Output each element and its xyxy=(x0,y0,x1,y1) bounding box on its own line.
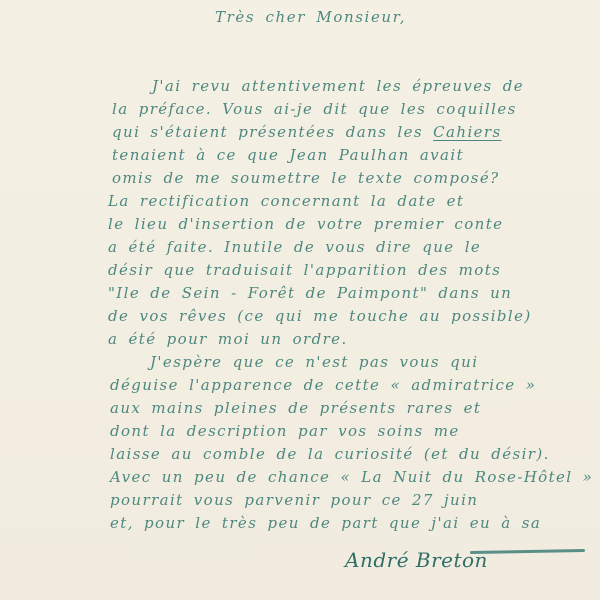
letter-line: qui s'étaient présentées dans les Cahier… xyxy=(112,123,502,141)
letter-line: pourrait vous parvenir pour ce 27 juin xyxy=(110,491,478,509)
letter-line: aux mains pleines de présents rares et xyxy=(110,399,481,417)
letter-line: tenaient à ce que Jean Paulhan avait xyxy=(112,146,464,164)
letter-line: le lieu d'insertion de votre premier con… xyxy=(108,215,503,233)
letter-line: la préface. Vous ai-je dit que les coqui… xyxy=(112,100,517,118)
cahiers-underlined-word: Cahiers xyxy=(433,123,501,141)
letter-line-text: qui s'étaient présentées dans les xyxy=(112,123,433,141)
letter-line: Avec un peu de chance « La Nuit du Rose-… xyxy=(110,468,593,486)
letter-line: La rectification concernant la date et xyxy=(108,192,464,210)
letter-line: a été pour moi un ordre. xyxy=(108,330,348,348)
letter-line: dont la description par vos soins me xyxy=(110,422,460,440)
handwritten-letter-page: Très cher Monsieur, J'ai revu attentivem… xyxy=(0,0,600,600)
letter-line: désir que traduisait l'apparition des mo… xyxy=(108,261,501,279)
letter-line: déguise l'apparence de cette « admiratri… xyxy=(110,376,536,394)
letter-line: J'espère que ce n'est pas vous qui xyxy=(150,353,478,371)
signature-flourish xyxy=(470,549,585,554)
letter-line: laisse au comble de la curiosité (et du … xyxy=(110,445,550,463)
signature: André Breton xyxy=(345,548,488,572)
letter-line: a été faite. Inutile de vous dire que le xyxy=(108,238,481,256)
letter-line: J'ai revu attentivement les épreuves de xyxy=(152,77,524,95)
letter-salutation: Très cher Monsieur, xyxy=(215,8,406,26)
letter-line: et, pour le très peu de part que j'ai eu… xyxy=(110,514,541,532)
letter-line: "Ile de Sein - Forêt de Paimpont" dans u… xyxy=(108,284,512,302)
letter-line: omis de me soumettre le texte composé? xyxy=(112,169,500,187)
letter-line: de vos rêves (ce qui me touche au possib… xyxy=(108,307,532,325)
